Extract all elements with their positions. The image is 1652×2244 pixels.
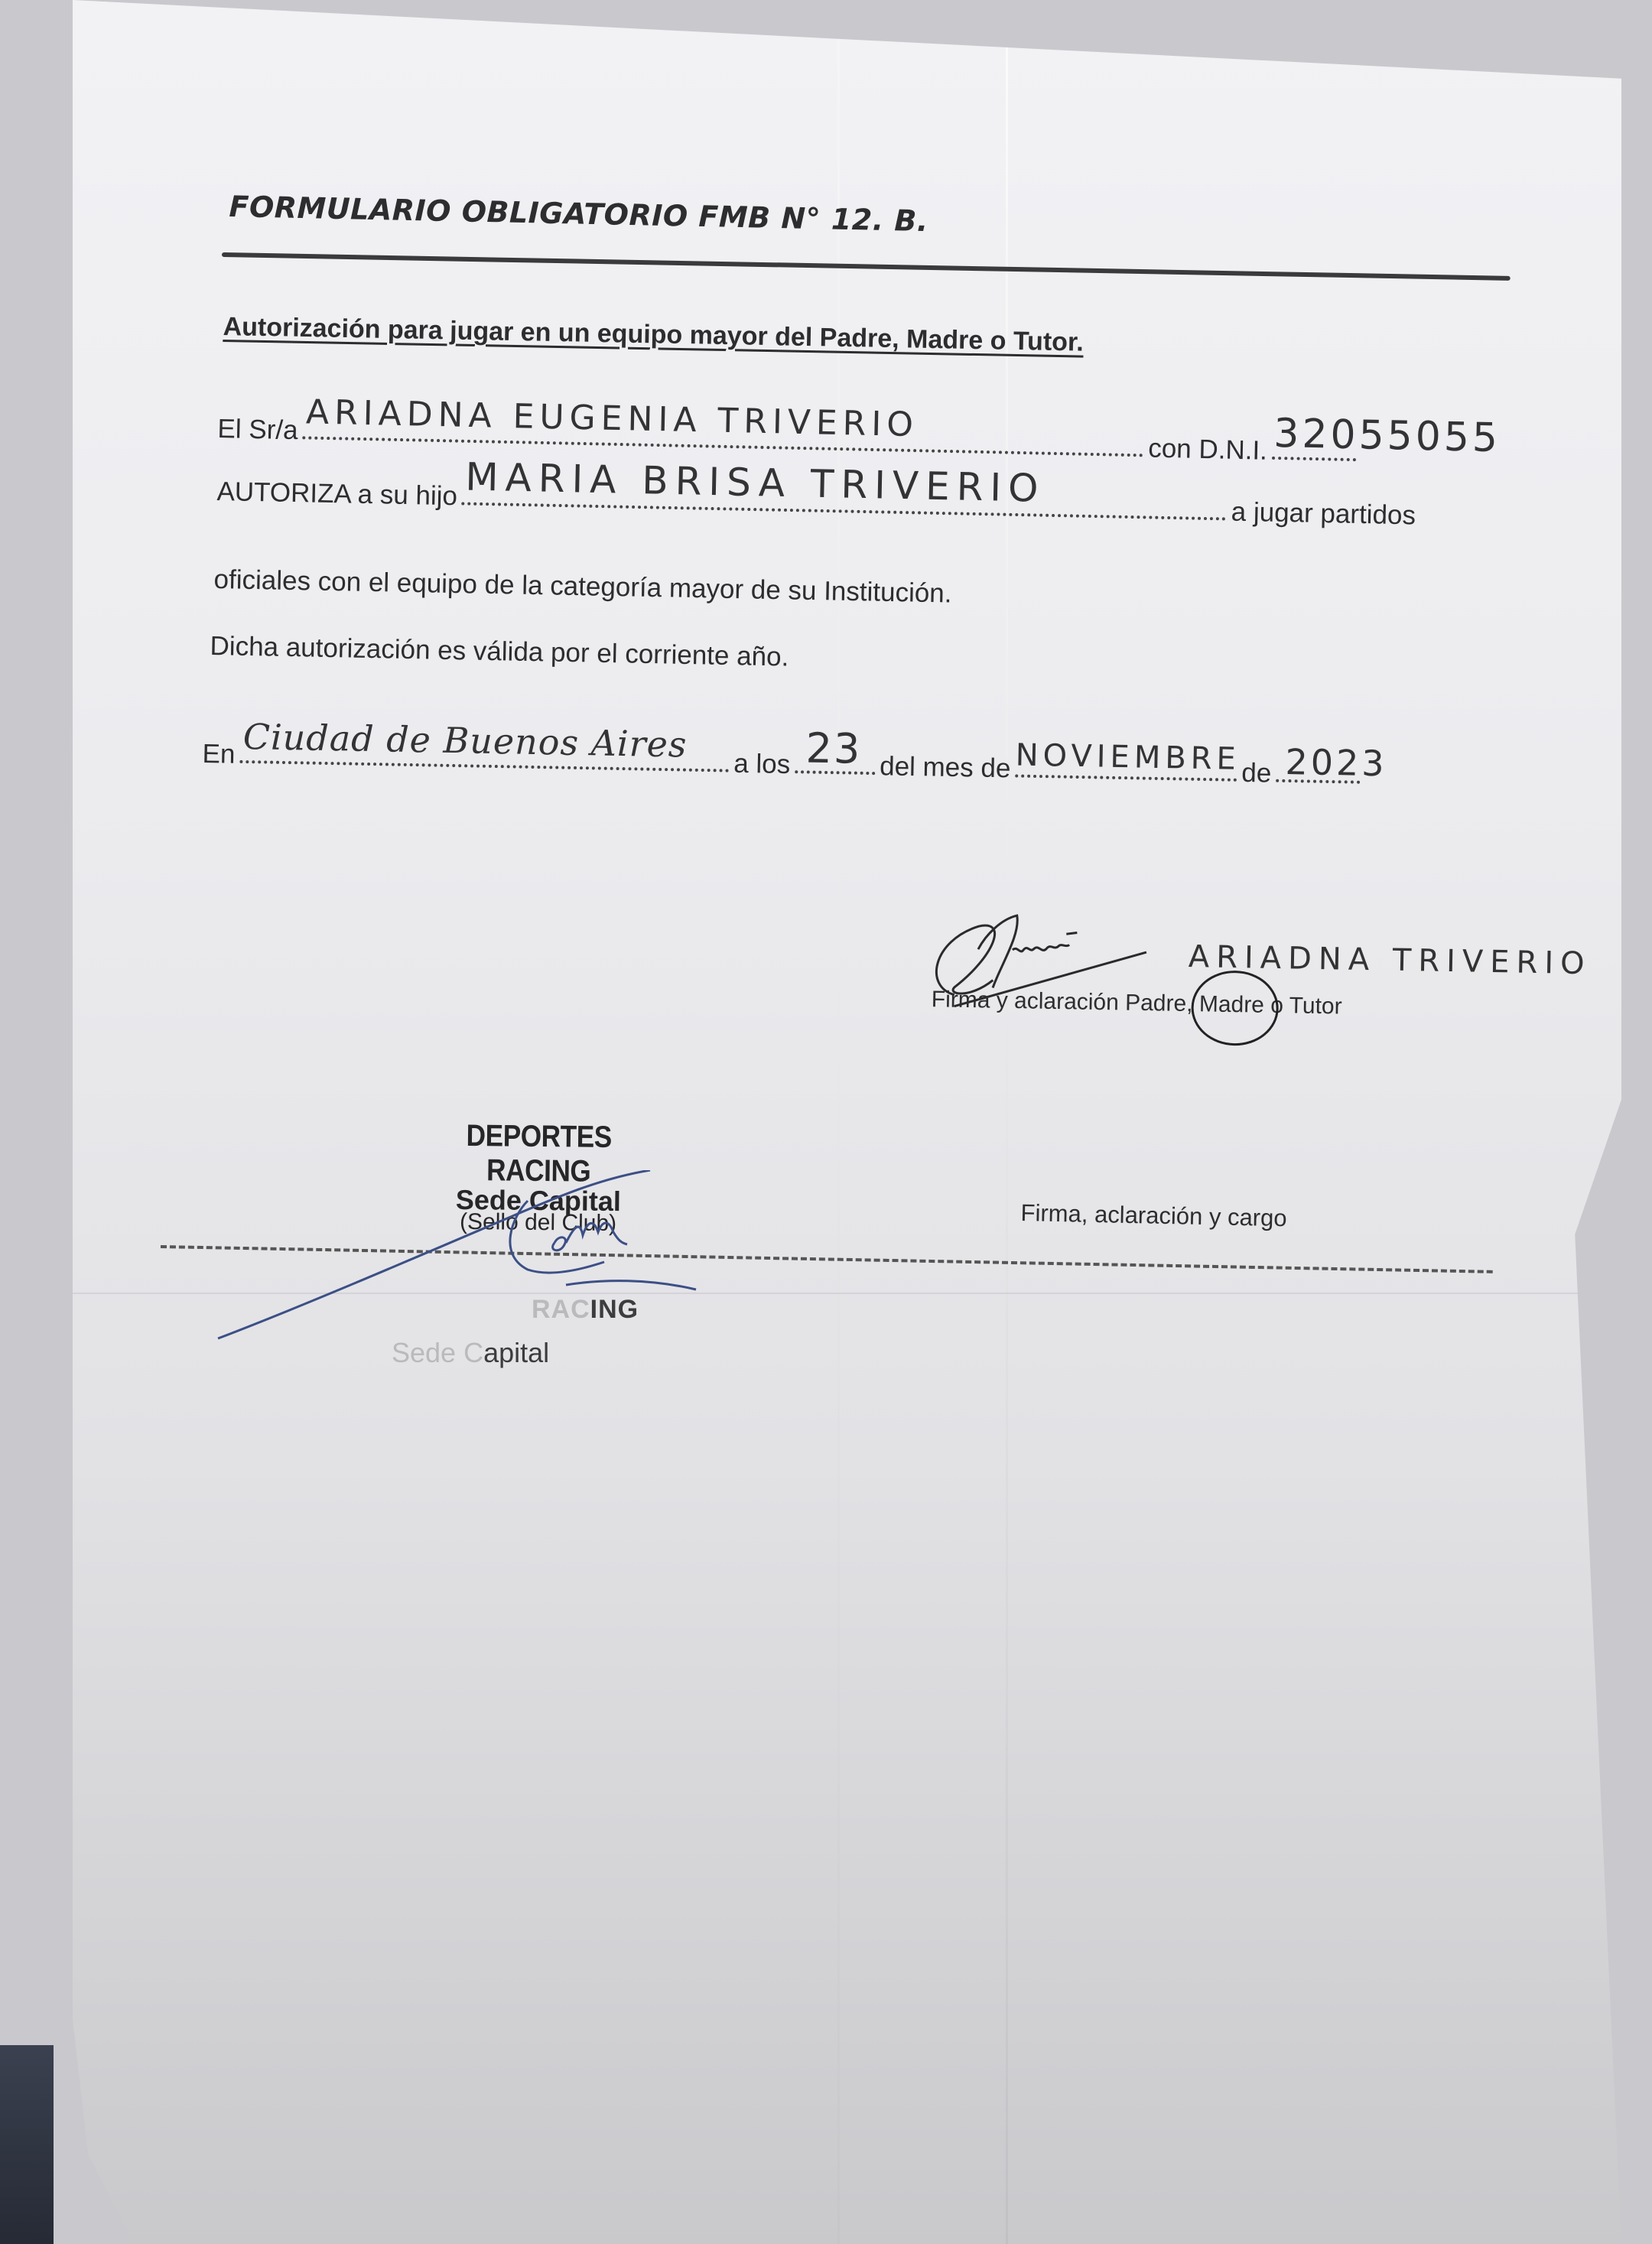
a-los-label: a los — [733, 749, 791, 780]
place-date-line: En Ciudad de Buenos Aires a los 23 del m… — [202, 737, 1364, 791]
child-prefix: AUTORIZA a su hijo — [216, 476, 457, 512]
stamp-ghost-line1: RACING — [532, 1295, 639, 1325]
day-field[interactable]: 23 — [795, 747, 876, 775]
month-label: del mes de — [880, 751, 1011, 784]
stamp-ghost-line2: Sede Capital — [392, 1337, 549, 1369]
form-title: FORMULARIO OBLIGATORIO FMB N° 12. B. — [229, 190, 928, 238]
circle-mark-icon — [1191, 970, 1280, 1046]
club-signature-caption: Firma, aclaración y cargo — [1020, 1199, 1287, 1232]
authorization-form: FORMULARIO OBLIGATORIO FMB N° 12. B. Aut… — [0, 0, 1652, 2244]
place-value: Ciudad de Buenos Aires — [242, 716, 688, 766]
title-rule — [222, 252, 1511, 281]
caption-after: o Tutor — [1270, 993, 1342, 1020]
dni-value: 32055055 — [1273, 411, 1501, 461]
dni-label: con D.N.I. — [1148, 433, 1267, 466]
guardian-line: El Sr/a ARIADNA EUGENIA TRIVERIO con D.N… — [217, 411, 1361, 468]
year-value: 2023 — [1285, 741, 1387, 784]
dni-field[interactable]: 32055055 — [1272, 434, 1357, 461]
guardian-signature-block: ARIADNA TRIVERIO Firma y aclaración Padr… — [923, 902, 1560, 1051]
year-label: de — [1241, 758, 1272, 789]
form-subtitle: Autorización para jugar en un equipo may… — [223, 312, 1084, 358]
form-text-line: Dicha autorización es válida por el corr… — [210, 631, 789, 673]
guardian-name-field[interactable]: ARIADNA EUGENIA TRIVERIO — [302, 413, 1143, 457]
child-name-field[interactable]: MARIA BRISA TRIVERIO — [462, 479, 1227, 520]
place-field[interactable]: Ciudad de Buenos Aires — [239, 737, 730, 772]
madre-option[interactable]: Madre — [1199, 991, 1265, 1018]
month-value: NOVIEMBRE — [1015, 737, 1241, 776]
guardian-prefix: El Sr/a — [217, 414, 298, 446]
form-text-line: oficiales con el equipo de la categoría … — [213, 564, 952, 610]
day-value: 23 — [805, 724, 862, 772]
guardian-name-value: ARIADNA EUGENIA TRIVERIO — [306, 392, 919, 444]
month-field[interactable]: NOVIEMBRE — [1015, 751, 1237, 781]
child-name-value: MARIA BRISA TRIVERIO — [465, 455, 1046, 511]
child-suffix: a jugar partidos — [1231, 497, 1416, 532]
en-label: En — [202, 739, 236, 770]
year-field[interactable]: 2023 — [1276, 756, 1361, 784]
caption-before: Firma y aclaración Padre, — [932, 987, 1193, 1016]
child-line: AUTORIZA a su hijo MARIA BRISA TRIVERIO … — [216, 474, 1416, 531]
